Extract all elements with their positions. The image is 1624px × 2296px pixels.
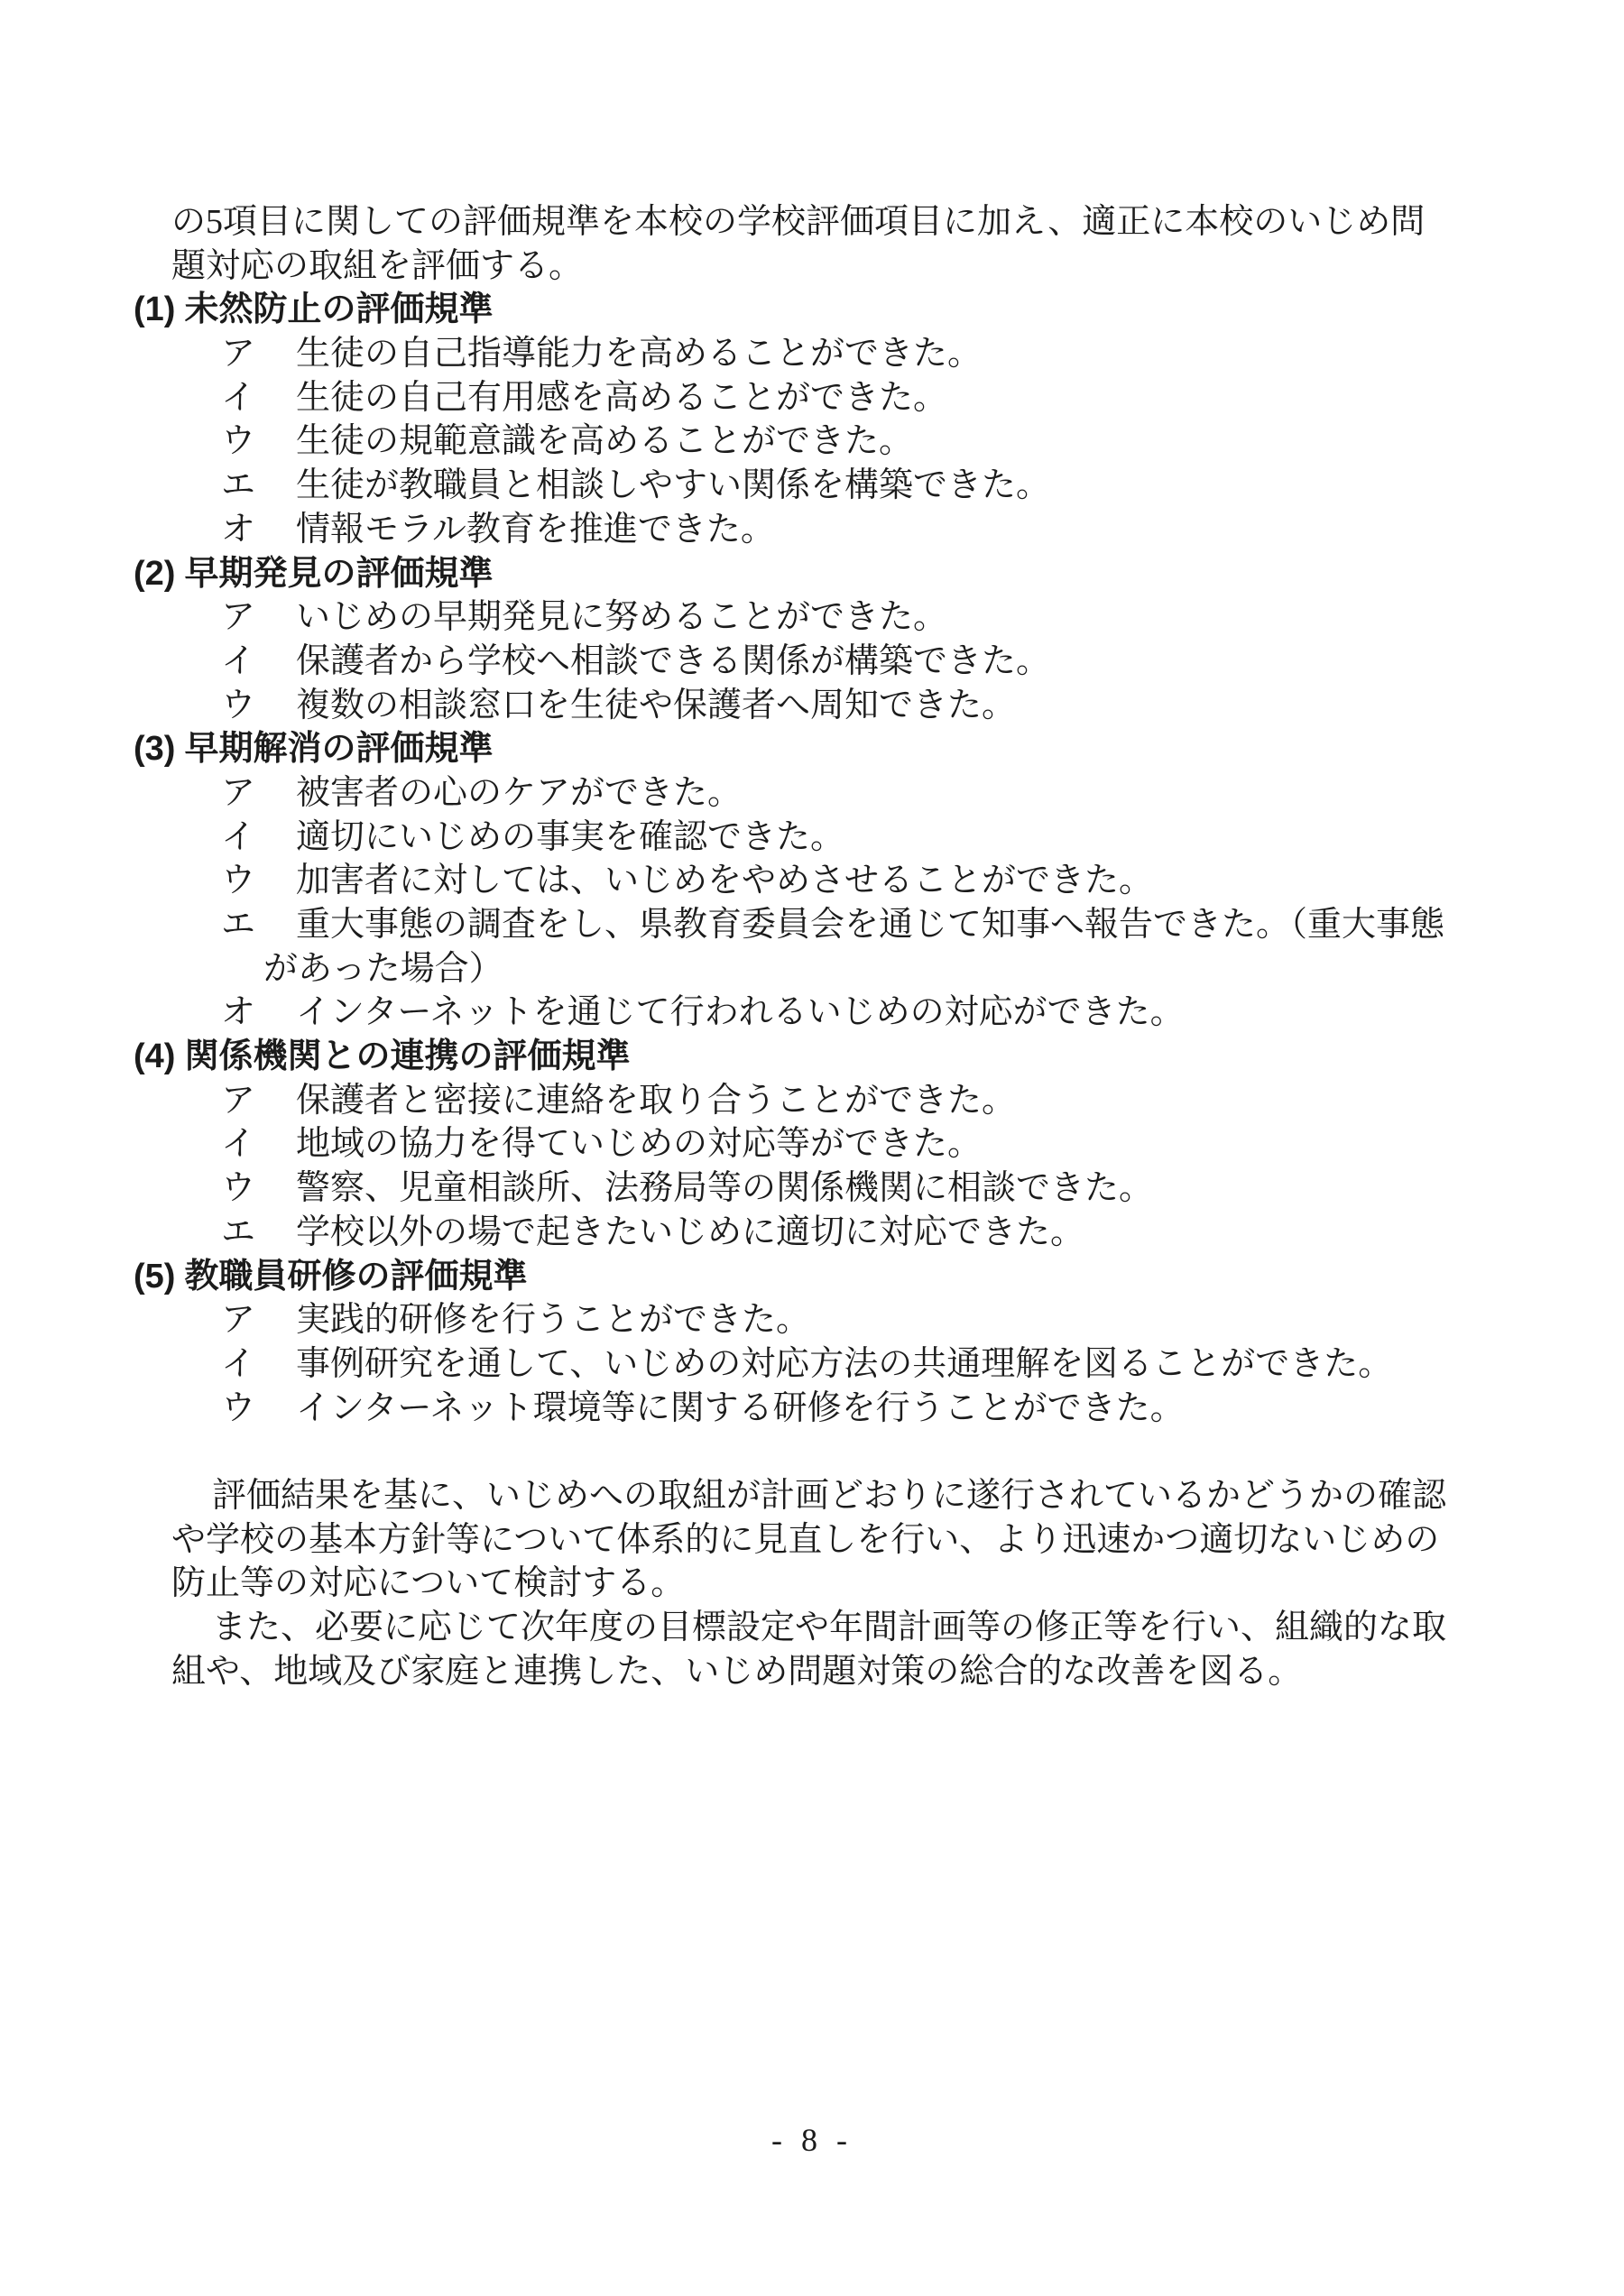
item-text: があった場合） <box>263 950 503 988</box>
list-item: イ事例研究を通して、いじめの対応方法の共通理解を図ることができた。 <box>0 1342 1624 1387</box>
item-text: 適切にいじめの事実を確認できた。 <box>296 818 844 856</box>
item-text: 加害者に対しては、いじめをやめさせることができた。 <box>296 862 1153 899</box>
paragraph-line: 組や、地域及び家庭と連携した、いじめ問題対策の総合的な改善を図る。 <box>0 1650 1624 1694</box>
list-item: ウ複数の相談窓口を生徒や保護者へ周知できた。 <box>0 684 1624 728</box>
item-marker: ウ <box>221 1389 255 1427</box>
section-number: (2) <box>134 555 175 593</box>
item-text: 実践的研修を行うことができた。 <box>296 1301 810 1339</box>
list-item: ウ生徒の規範意識を高めることができた。 <box>0 420 1624 464</box>
section-number: (5) <box>134 1258 175 1296</box>
item-text: 重大事態の調査をし、県教育委員会を通じて知事へ報告できた。（重大事態 <box>296 906 1444 944</box>
section-title: 関係機関との連携の評価規準 <box>184 1037 630 1075</box>
paragraph-text: 題対応の取組を評価する。 <box>171 247 583 285</box>
paragraph-text: 防止等の対応について検討する。 <box>171 1564 685 1602</box>
list-item: イ生徒の自己有用感を高めることができた。 <box>0 376 1624 420</box>
item-marker: ウ <box>221 422 255 460</box>
item-text: 被害者の心のケアができた。 <box>296 774 742 812</box>
item-marker: ウ <box>221 862 255 899</box>
item-marker: イ <box>221 642 255 680</box>
item-marker: オ <box>221 993 255 1031</box>
paragraph-line: や学校の基本方針等について体系的に見直しを行い、より迅速かつ適切ないじめの <box>0 1518 1624 1563</box>
list-item: イ保護者から学校へ相談できる関係が構築できた。 <box>0 640 1624 684</box>
item-marker: エ <box>221 466 255 504</box>
item-text: インターネットを通じて行われるいじめの対応ができた。 <box>296 993 1185 1031</box>
page-footer: - 8 - <box>0 2118 1624 2162</box>
item-marker: イ <box>221 379 255 417</box>
item-text: いじめの早期発見に努めることができた。 <box>296 598 947 636</box>
list-item: オインターネットを通じて行われるいじめの対応ができた。 <box>0 991 1624 1035</box>
item-marker: イ <box>221 1125 255 1163</box>
list-item: イ地域の協力を得ていじめの対応等ができた。 <box>0 1122 1624 1166</box>
page-number: - 8 - <box>771 2122 853 2158</box>
section-heading: (5)教職員研修の評価規準 <box>0 1255 1624 1299</box>
list-item: アいじめの早期発見に努めることができた。 <box>0 595 1624 640</box>
item-marker: エ <box>221 906 255 944</box>
blank-line <box>0 1430 1624 1474</box>
list-item: ウ警察、児童相談所、法務局等の関係機関に相談できた。 <box>0 1166 1624 1211</box>
section-heading: (2)早期発見の評価規準 <box>0 552 1624 596</box>
list-item: ウ加害者に対しては、いじめをやめさせることができた。 <box>0 859 1624 903</box>
item-text: 生徒が教職員と相談しやすい関係を構築できた。 <box>296 466 1050 504</box>
document-body: の5項目に関しての評価規準を本校の学校評価項目に加え、適正に本校のいじめ問題対応… <box>0 200 1624 1693</box>
paragraph-text: また、必要に応じて次年度の目標設定や年間計画等の修正等を行い、組織的な取 <box>212 1609 1446 1646</box>
paragraph-text: や学校の基本方針等について体系的に見直しを行い、より迅速かつ適切ないじめの <box>171 1521 1439 1559</box>
list-item: エ重大事態の調査をし、県教育委員会を通じて知事へ報告できた。（重大事態 <box>0 903 1624 947</box>
list-item: ア被害者の心のケアができた。 <box>0 771 1624 816</box>
item-text: 生徒の自己有用感を高めることができた。 <box>296 379 947 417</box>
item-marker: オ <box>221 511 255 549</box>
list-item-continuation: があった場合） <box>0 947 1624 991</box>
section-heading: (1)未然防止の評価規準 <box>0 288 1624 332</box>
document-page: の5項目に関しての評価規準を本校の学校評価項目に加え、適正に本校のいじめ問題対応… <box>0 0 1624 2296</box>
paragraph-text: 組や、地域及び家庭と連携した、いじめ問題対策の総合的な改善を図る。 <box>171 1653 1302 1691</box>
paragraph-line: の5項目に関しての評価規準を本校の学校評価項目に加え、適正に本校のいじめ問 <box>0 200 1624 244</box>
list-item: ウインターネット環境等に関する研修を行うことができた。 <box>0 1387 1624 1431</box>
section-heading: (3)早期解消の評価規準 <box>0 727 1624 771</box>
item-marker: ウ <box>221 1169 255 1207</box>
section-title: 未然防止の評価規準 <box>184 290 493 328</box>
item-marker: イ <box>221 818 255 856</box>
section-title: 教職員研修の評価規準 <box>184 1258 527 1296</box>
list-item: オ情報モラル教育を推進できた。 <box>0 508 1624 552</box>
list-item: ア生徒の自己指導能力を高めることができた。 <box>0 332 1624 376</box>
item-text: 保護者から学校へ相談できる関係が構築できた。 <box>296 642 1050 680</box>
list-item: エ学校以外の場で起きたいじめに適切に対応できた。 <box>0 1211 1624 1255</box>
item-text: 複数の相談窓口を生徒や保護者へ周知できた。 <box>296 687 1016 724</box>
paragraph-line: 評価結果を基に、いじめへの取組が計画どおりに遂行されているかどうかの確認 <box>0 1474 1624 1518</box>
item-marker: ア <box>221 1301 255 1339</box>
item-text: 生徒の規範意識を高めることができた。 <box>296 422 913 460</box>
item-marker: ア <box>221 598 255 636</box>
section-heading: (4)関係機関との連携の評価規準 <box>0 1035 1624 1079</box>
paragraph-line: また、必要に応じて次年度の目標設定や年間計画等の修正等を行い、組織的な取 <box>0 1606 1624 1650</box>
section-number: (1) <box>134 290 175 328</box>
list-item: ア保護者と密接に連絡を取り合うことができた。 <box>0 1079 1624 1123</box>
item-text: 情報モラル教育を推進できた。 <box>296 511 775 549</box>
item-text: 事例研究を通して、いじめの対応方法の共通理解を図ることができた。 <box>296 1345 1392 1383</box>
item-text: 生徒の自己指導能力を高めることができた。 <box>296 335 982 373</box>
item-text: 警察、児童相談所、法務局等の関係機関に相談できた。 <box>296 1169 1153 1207</box>
item-text: 保護者と密接に連絡を取り合うことができた。 <box>296 1082 1016 1120</box>
paragraph-text: の5項目に関しての評価規準を本校の学校評価項目に加え、適正に本校のいじめ問 <box>171 203 1425 241</box>
section-number: (3) <box>134 730 175 768</box>
item-text: 学校以外の場で起きたいじめに適切に対応できた。 <box>296 1213 1084 1251</box>
paragraph-text: 評価結果を基に、いじめへの取組が計画どおりに遂行されているかどうかの確認 <box>212 1477 1446 1515</box>
section-title: 早期解消の評価規準 <box>184 730 493 768</box>
paragraph-line: 防止等の対応について検討する。 <box>0 1562 1624 1606</box>
item-marker: ウ <box>221 687 255 724</box>
list-item: エ生徒が教職員と相談しやすい関係を構築できた。 <box>0 464 1624 508</box>
item-marker: ア <box>221 1082 255 1120</box>
item-marker: ア <box>221 335 255 373</box>
item-marker: イ <box>221 1345 255 1383</box>
item-text: インターネット環境等に関する研修を行うことができた。 <box>296 1389 1185 1427</box>
item-marker: ア <box>221 774 255 812</box>
section-number: (4) <box>134 1037 175 1075</box>
list-item: イ適切にいじめの事実を確認できた。 <box>0 816 1624 860</box>
paragraph-line: 題対応の取組を評価する。 <box>0 244 1624 289</box>
item-text: 地域の協力を得ていじめの対応等ができた。 <box>296 1125 982 1163</box>
section-title: 早期発見の評価規準 <box>184 555 493 593</box>
list-item: ア実践的研修を行うことができた。 <box>0 1298 1624 1342</box>
item-marker: エ <box>221 1213 255 1251</box>
